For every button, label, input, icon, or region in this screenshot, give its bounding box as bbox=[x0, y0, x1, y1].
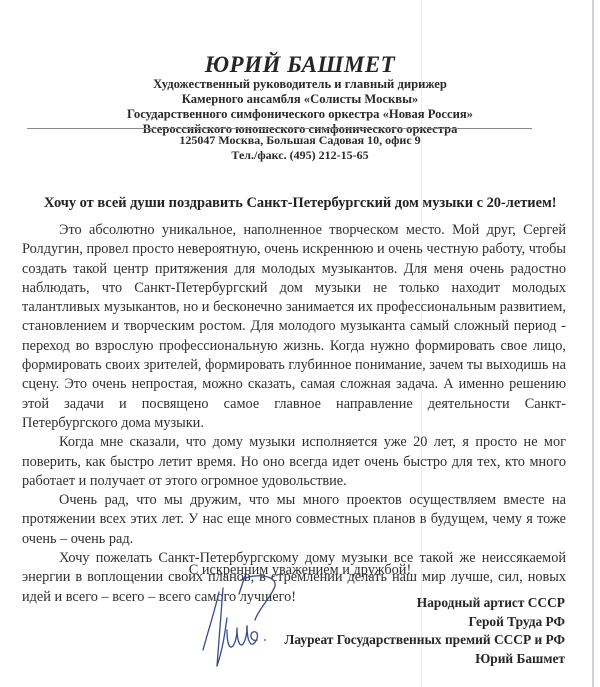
letterhead-contacts: 125047 Москва, Большая Садовая 10, офис … bbox=[0, 133, 600, 163]
letterhead-address: 125047 Москва, Большая Садовая 10, офис … bbox=[0, 133, 600, 148]
letter-paragraph: Когда мне сказали, что дому музыки испол… bbox=[22, 433, 566, 491]
letterhead-role: Государственного симфонического оркестра… bbox=[0, 107, 600, 122]
letter-page: ЮРИЙ БАШМЕТ Художественный руководитель … bbox=[0, 0, 600, 687]
signature-block: Народный артист СССР Герой Труда РФ Лаур… bbox=[284, 594, 565, 668]
letterhead-phone: Тел./факс. (495) 212-15-65 bbox=[0, 148, 600, 163]
letterhead-name: ЮРИЙ БАШМЕТ bbox=[0, 52, 600, 78]
signature-title: Народный артист СССР bbox=[284, 594, 565, 613]
letterhead-divider bbox=[27, 128, 532, 129]
handwritten-signature-icon bbox=[197, 570, 297, 675]
letter-headline: Хочу от всей души поздравить Санкт-Петер… bbox=[44, 195, 557, 212]
letterhead-role: Камерного ансамбля «Солисты Москвы» bbox=[0, 92, 600, 107]
letterhead-role: Художественный руководитель и главный ди… bbox=[0, 77, 600, 92]
signature-title: Лауреат Государственных премий СССР и РФ bbox=[284, 631, 565, 650]
letter-paragraph: Это абсолютно уникальное, наполненное тв… bbox=[22, 221, 566, 433]
signature-name: Юрий Башмет bbox=[284, 650, 565, 669]
letter-paragraph: Очень рад, что мы дружим, что мы много п… bbox=[22, 491, 566, 549]
signature-title: Герой Труда РФ bbox=[284, 613, 565, 632]
letter-closing: С искренним уважением и дружбой! bbox=[0, 562, 600, 579]
letter-body: Это абсолютно уникальное, наполненное тв… bbox=[22, 221, 566, 607]
